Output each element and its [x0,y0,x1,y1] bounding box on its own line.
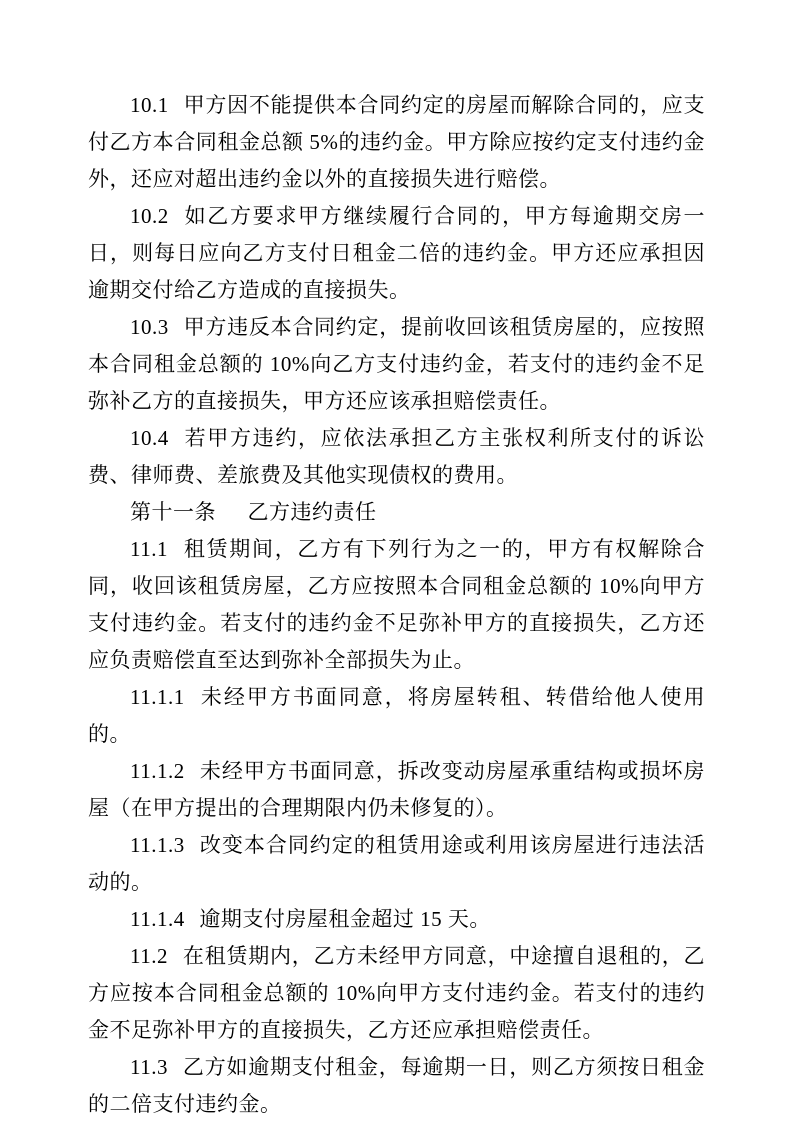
clause-number: 11.3 [130,1055,168,1079]
clause-number: 10.3 [130,315,169,339]
clause-text: 在租赁期内，乙方未经甲方同意，中途擅自退租的，乙方应按本合同租金总额的 10%向… [88,944,705,1042]
clause-number: 11.1.3 [130,833,185,857]
clause-number: 11.1 [130,537,168,561]
clause-number: 10.1 [130,93,169,117]
clause-number: 10.4 [130,426,169,450]
clause-number: 11.1.4 [130,907,185,931]
clause-10-4: 10.4若甲方违约，应依法承担乙方主张权利所支付的诉讼费、律师费、差旅费及其他实… [88,420,705,494]
clause-text: 乙方如逾期支付租金，每逾期一日，则乙方须按日租金的二倍支付违约金。 [88,1055,705,1116]
article-title: 乙方违约责任 [248,500,377,524]
clause-number: 11.1.2 [130,759,185,783]
clause-number: 11.1.1 [130,685,185,709]
clause-number: 10.2 [130,204,169,228]
clause-11-1-3: 11.1.3改变本合同约定的租赁用途或利用该房屋进行违法活动的。 [88,827,705,901]
clause-text: 逾期支付房屋租金超过 15 天。 [199,907,491,931]
clause-11-1-4: 11.1.4逾期支付房屋租金超过 15 天。 [88,901,705,938]
article-11-heading: 第十一条乙方违约责任 [88,494,705,531]
clause-11-3: 11.3乙方如逾期支付租金，每逾期一日，则乙方须按日租金的二倍支付违约金。 [88,1049,705,1122]
clause-number: 11.2 [130,944,168,968]
clause-10-1: 10.1甲方因不能提供本合同约定的房屋而解除合同的，应支付乙方本合同租金总额 5… [88,87,705,198]
clause-11-2: 11.2在租赁期内，乙方未经甲方同意，中途擅自退租的，乙方应按本合同租金总额的 … [88,938,705,1049]
clause-10-2: 10.2如乙方要求甲方继续履行合同的，甲方每逾期交房一日，则每日应向乙方支付日租… [88,198,705,309]
clause-text: 甲方因不能提供本合同约定的房屋而解除合同的，应支付乙方本合同租金总额 5%的违约… [88,93,705,191]
clause-11-1-1: 11.1.1未经甲方书面同意，将房屋转租、转借给他人使用的。 [88,679,705,753]
clause-10-3: 10.3甲方违反本合同约定，提前收回该租赁房屋的，应按照本合同租金总额的 10%… [88,309,705,420]
document-page: 10.1甲方因不能提供本合同约定的房屋而解除合同的，应支付乙方本合同租金总额 5… [0,0,793,1122]
article-number: 第十一条 [130,500,216,524]
clause-text: 租赁期间，乙方有下列行为之一的，甲方有权解除合同，收回该租赁房屋，乙方应按照本合… [88,537,705,672]
clause-11-1-2: 11.1.2未经甲方书面同意，拆改变动房屋承重结构或损坏房屋（在甲方提出的合理期… [88,753,705,827]
clause-text: 若甲方违约，应依法承担乙方主张权利所支付的诉讼费、律师费、差旅费及其他实现债权的… [88,426,705,487]
clause-11-1: 11.1租赁期间，乙方有下列行为之一的，甲方有权解除合同，收回该租赁房屋，乙方应… [88,531,705,679]
clause-text: 如乙方要求甲方继续履行合同的，甲方每逾期交房一日，则每日应向乙方支付日租金二倍的… [88,204,705,302]
clause-text: 甲方违反本合同约定，提前收回该租赁房屋的，应按照本合同租金总额的 10%向乙方支… [88,315,705,413]
